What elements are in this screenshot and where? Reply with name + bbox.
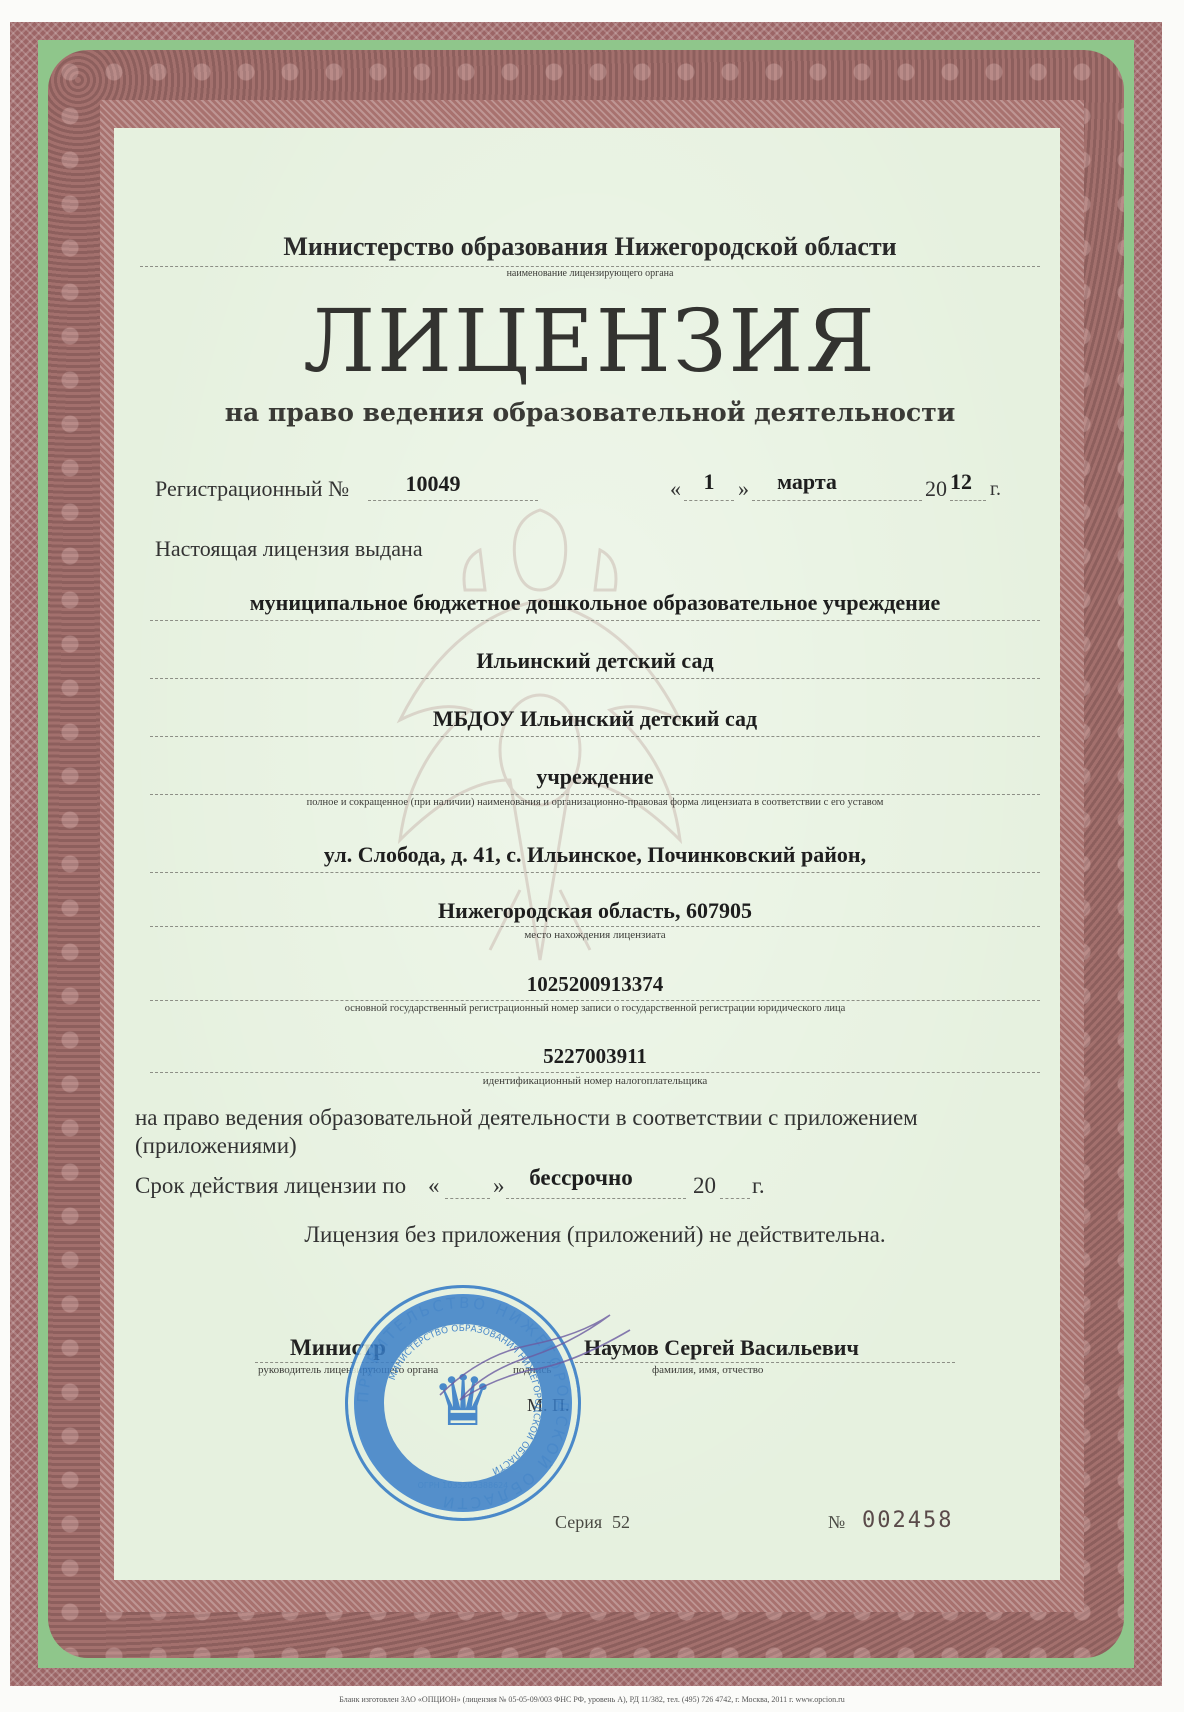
validity-label: Срок действия лицензии по [135,1173,406,1199]
month-underline [752,500,922,501]
series-value: 52 [612,1512,630,1533]
validity-day-underline [445,1198,490,1199]
licensee-full-name-line1: муниципальное бюджетное дошкольное образ… [140,590,1050,616]
validity-note: Лицензия без приложения (приложений) не … [140,1222,1050,1248]
issued-to-label: Настоящая лицензия выдана [155,536,423,562]
stamp-ogrn: ОГРН 1035205388624 [418,1481,509,1490]
licensee-short-underline [150,736,1040,737]
issuer-caption: наименование лицензирующего органа [140,268,1040,279]
address-caption: место нахождения лицензиата [140,929,1050,941]
licensee-ogrn: 1025200913374 [140,972,1050,997]
ogrn-caption: основной государственный регистрационный… [140,1003,1050,1014]
right-text-line1: на право ведения образовательной деятель… [135,1105,918,1131]
validity-year-underline [720,1198,750,1199]
licensee-short-name: МБДОУ Ильинский детский сад [140,706,1050,732]
licensee-full-name-line2: Ильинский детский сад [140,648,1050,674]
document-title: ЛИЦЕНЗИЯ [140,292,1040,392]
licensee-name-caption: полное и сокращенное (при наличии) наиме… [140,797,1050,808]
validity-year-unit: г. [752,1173,765,1199]
licensee-address-line1: ул. Слобода, д. 41, с. Ильинское, Починк… [140,842,1050,868]
licensee-address-line2: Нижегородская область, 607905 [140,898,1050,924]
ogrn-underline [150,1000,1040,1001]
series-label: Серия [555,1512,602,1533]
registration-year: 12 [950,469,972,495]
date-quote-close: » [738,476,749,502]
registration-number-underline [368,500,538,501]
licensee-line1-underline [150,620,1040,621]
day-underline [684,500,734,501]
handwritten-signature [430,1305,650,1425]
serial-number-label: № [828,1512,845,1533]
serial-number: 002458 [862,1508,953,1533]
issuer-underline [140,266,1040,267]
issuer-name: Министерство образования Нижегородской о… [140,232,1040,262]
right-text-line2: (приложениями) [135,1133,297,1159]
licensee-form-underline [150,794,1040,795]
printer-footer: Бланк изготовлен ЗАО «ОПЦИОН» (лицензия … [0,1695,1184,1704]
year-unit: г. [990,478,1001,501]
date-quote-open: « [670,476,681,502]
validity-year-prefix: 20 [693,1173,716,1199]
validity-quote-close: » [493,1173,505,1199]
licensee-legal-form: учреждение [140,764,1050,790]
validity-underline [506,1198,686,1199]
year-prefix: 20 [925,476,947,502]
licensee-inn: 5227003911 [140,1044,1050,1069]
registration-month: марта [752,469,862,495]
registration-day: 1 [684,469,734,495]
licensee-line2-underline [150,678,1040,679]
inn-underline [150,1072,1040,1073]
address-line1-underline [150,872,1040,873]
inn-caption: идентификационный номер налогоплательщик… [140,1075,1050,1087]
registration-number: 10049 [368,471,498,497]
year-underline [950,500,986,501]
address-line2-underline [150,926,1040,927]
registration-label: Регистрационный № [155,476,349,502]
validity-value: бессрочно [506,1165,656,1191]
validity-quote-open: « [428,1173,440,1199]
document-subtitle: на право ведения образовательной деятель… [140,398,1040,427]
name-caption: фамилия, имя, отчество [652,1364,763,1376]
